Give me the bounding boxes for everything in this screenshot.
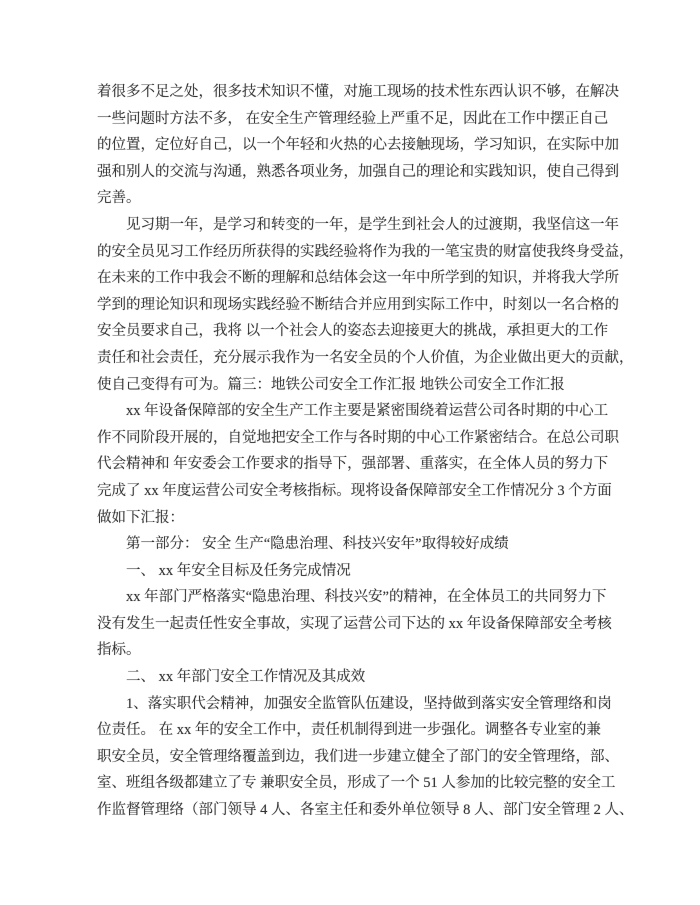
document-body: 着很多不足之处，很多技术知识不懂，对施工现场的技术性东西认识不够，在解决一些问题…: [97, 79, 642, 824]
paragraph: 二、 xx 年部门安全工作情况及其成效: [97, 664, 642, 691]
text-line: 完成了 xx 年度运营公司安全考核指标。现将设备保障部安全工作情况分 3 个方面: [97, 478, 642, 505]
text-line: 第一部分： 安全 生产“隐患治理、科技兴安年”取得较好成绩: [97, 531, 642, 558]
paragraph: 第一部分： 安全 生产“隐患治理、科技兴安年”取得较好成绩: [97, 531, 642, 558]
text-line: 在未来的工作中我会不断的理解和总结体会这一年中所学到的知识，并将我大学所: [97, 265, 642, 292]
text-line: 室、班组各级都建立了专 兼职安全员，形成了一个 51 人参加的比较完整的安全工: [97, 770, 642, 797]
text-line: 使自己变得有可为。篇三：地铁公司安全工作汇报 地铁公司安全工作汇报: [97, 372, 642, 399]
text-line: 安全员要求自己，我将 以一个社会人的姿态去迎接更大的挑战，承担更大的工作: [97, 318, 642, 345]
text-line: 着很多不足之处，很多技术知识不懂，对施工现场的技术性东西认识不够，在解决: [97, 79, 642, 106]
paragraph: xx 年设备保障部的安全生产工作主要是紧密围绕着运营公司各时期的中心工作不同阶段…: [97, 398, 642, 531]
text-line: 二、 xx 年部门安全工作情况及其成效: [97, 664, 642, 691]
paragraph: 1、落实职代会精神，加强安全监管队伍建设，坚持做到落实安全管理络和岗位责任。 在…: [97, 691, 642, 824]
text-line: 完善。: [97, 185, 642, 212]
text-line: 做如下汇报：: [97, 505, 642, 532]
paragraph: 一、 xx 年安全目标及任务完成情况: [97, 558, 642, 585]
text-line: 代会精神和 年安委会工作要求的指导下，强部署、重落实，在全体人员的努力下: [97, 451, 642, 478]
text-line: 没有发生一起责任性安全事故，实现了运营公司下达的 xx 年设备保障部安全考核: [97, 611, 642, 638]
text-line: 一、 xx 年安全目标及任务完成情况: [97, 558, 642, 585]
text-line: 作不同阶段开展的，自觉地把安全工作与各时期的中心工作紧密结合。在总公司职: [97, 425, 642, 452]
text-line: 一些问题时方法不多， 在安全生产管理经验上严重不足，因此在工作中摆正自己: [97, 106, 642, 133]
text-line: 强和别人的交流与沟通，熟悉各项业务，加强自己的理论和实践知识，使自己得到: [97, 159, 642, 186]
paragraph: 见习期一年，是学习和转变的一年，是学生到社会人的过渡期，我坚信这一年的安全员见习…: [97, 212, 642, 398]
paragraph: xx 年部门严格落实“隐患治理、科技兴安”的精神，在全体员工的共同努力下没有发生…: [97, 584, 642, 664]
text-line: 指标。: [97, 637, 642, 664]
text-line: 的安全员见习工作经历所获得的实践经验将作为我的一笔宝贵的财富使我终身受益，: [97, 239, 642, 266]
text-line: 见习期一年，是学习和转变的一年，是学生到社会人的过渡期，我坚信这一年: [97, 212, 642, 239]
text-line: 的位置，定位好自己，以一个年轻和火热的心去接触现场，学习知识，在实际中加: [97, 132, 642, 159]
document-page: 着很多不足之处，很多技术知识不懂，对施工现场的技术性东西认识不够，在解决一些问题…: [0, 0, 700, 905]
paragraph: 着很多不足之处，很多技术知识不懂，对施工现场的技术性东西认识不够，在解决一些问题…: [97, 79, 642, 212]
text-line: 1、落实职代会精神，加强安全监管队伍建设，坚持做到落实安全管理络和岗: [97, 691, 642, 718]
text-line: 职安全员，安全管理络覆盖到边，我们进一步建立健全了部门的安全管理络，部、: [97, 744, 642, 771]
text-line: 作监督管理络（部门领导 4 人、各室主任和委外单位领导 8 人、部门安全管理 2…: [97, 797, 642, 824]
text-line: 学到的理论知识和现场实践经验不断结合并应用到实际工作中，时刻以一名合格的: [97, 292, 642, 319]
text-line: 责任和社会责任，充分展示我作为一名安全员的个人价值，为企业做出更大的贡献，: [97, 345, 642, 372]
text-line: xx 年部门严格落实“隐患治理、科技兴安”的精神，在全体员工的共同努力下: [97, 584, 642, 611]
text-line: xx 年设备保障部的安全生产工作主要是紧密围绕着运营公司各时期的中心工: [97, 398, 642, 425]
text-line: 位责任。 在 xx 年的安全工作中，责任机制得到进一步强化。调整各专业室的兼: [97, 717, 642, 744]
